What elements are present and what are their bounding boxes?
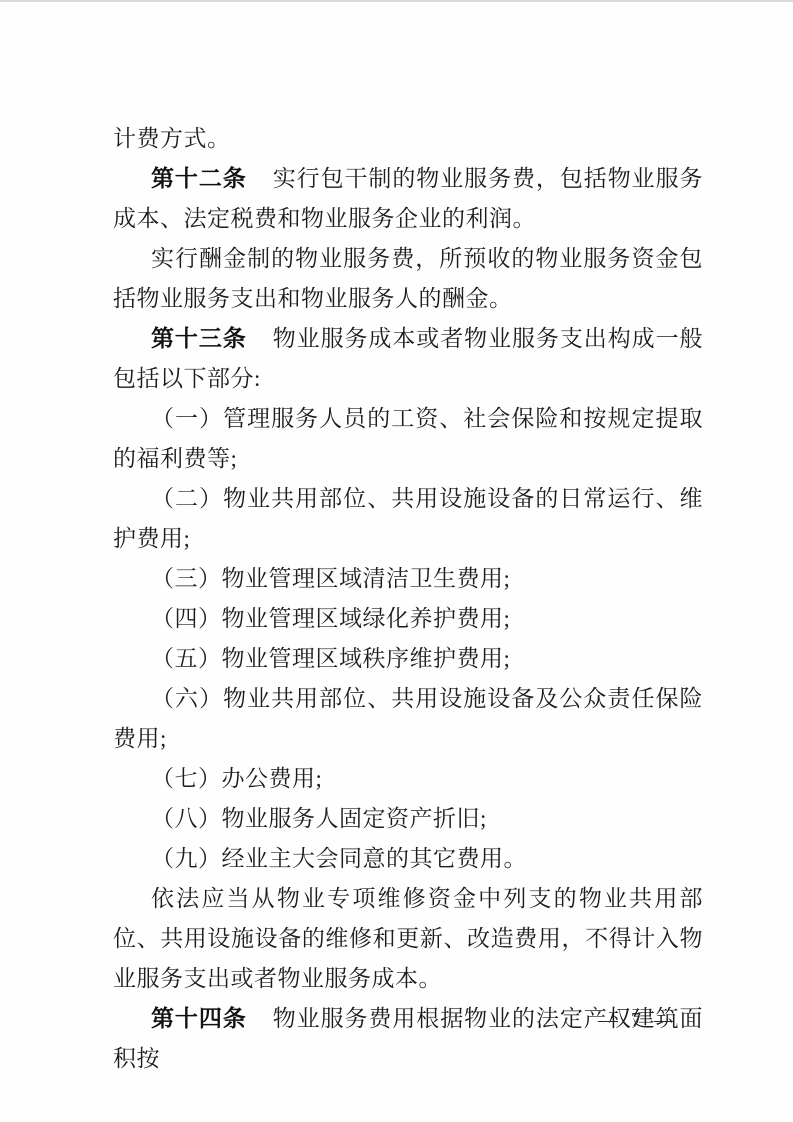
body-paragraph: 实行酬金制的物业服务费，所预收的物业服务资金包括物业服务支出和物业服务人的酬金。 xyxy=(113,239,703,319)
paragraph-text: （一）管理服务人员的工资、社会保险和按规定提取的福利费等; xyxy=(113,406,703,471)
paragraph-text: （三）物业管理区域清洁卫生费用; xyxy=(151,566,510,591)
body-paragraph: （四）物业管理区域绿化养护费用; xyxy=(113,599,703,639)
article-number: 第十三条 xyxy=(151,326,247,351)
paragraph-text: （七）办公费用; xyxy=(151,766,322,791)
paragraph-text: （五）物业管理区域秩序维护费用; xyxy=(151,646,510,671)
paragraph-text: （四）物业管理区域绿化养护费用; xyxy=(151,606,510,631)
document-page: 计费方式。第十二条实行包干制的物业服务费，包括物业服务成本、法定税费和物业服务企… xyxy=(0,0,793,1122)
scan-edge-artifact xyxy=(0,0,793,2)
page-number: — 7 — xyxy=(598,1006,678,1034)
body-paragraph: （八）物业服务人固定资产折旧; xyxy=(113,799,703,839)
body-paragraph: 依法应当从物业专项维修资金中列支的物业共用部位、共用设施设备的维修和更新、改造费… xyxy=(113,879,703,999)
paragraph-text: （二）物业共用部位、共用设施设备的日常运行、维护费用; xyxy=(113,486,703,551)
paragraph-text: 实行酬金制的物业服务费，所预收的物业服务资金包括物业服务支出和物业服务人的酬金。 xyxy=(113,246,703,311)
article-paragraph: 第十二条实行包干制的物业服务费，包括物业服务成本、法定税费和物业服务企业的利润。 xyxy=(113,159,703,239)
body-paragraph: （六）物业共用部位、共用设施设备及公众责任保险费用; xyxy=(113,679,703,759)
article-paragraph: 第十三条物业服务成本或者物业服务支出构成一般包括以下部分: xyxy=(113,319,703,399)
body-paragraph: （九）经业主大会同意的其它费用。 xyxy=(113,839,703,879)
paragraph-text: 计费方式。 xyxy=(113,126,231,151)
paragraph-text: （九）经业主大会同意的其它费用。 xyxy=(151,846,527,871)
paragraph-text: （八）物业服务人固定资产折旧; xyxy=(151,806,487,831)
article-number: 第十二条 xyxy=(151,166,247,191)
body-paragraph: 计费方式。 xyxy=(113,119,703,159)
body-paragraph: （七）办公费用; xyxy=(113,759,703,799)
body-paragraph: （一）管理服务人员的工资、社会保险和按规定提取的福利费等; xyxy=(113,399,703,479)
document-body: 计费方式。第十二条实行包干制的物业服务费，包括物业服务成本、法定税费和物业服务企… xyxy=(113,119,703,1079)
body-paragraph: （三）物业管理区域清洁卫生费用; xyxy=(113,559,703,599)
article-number: 第十四条 xyxy=(151,1006,247,1031)
body-paragraph: （二）物业共用部位、共用设施设备的日常运行、维护费用; xyxy=(113,479,703,559)
paragraph-text: （六）物业共用部位、共用设施设备及公众责任保险费用; xyxy=(113,686,703,751)
paragraph-text: 依法应当从物业专项维修资金中列支的物业共用部位、共用设施设备的维修和更新、改造费… xyxy=(113,886,703,991)
body-paragraph: （五）物业管理区域秩序维护费用; xyxy=(113,639,703,679)
